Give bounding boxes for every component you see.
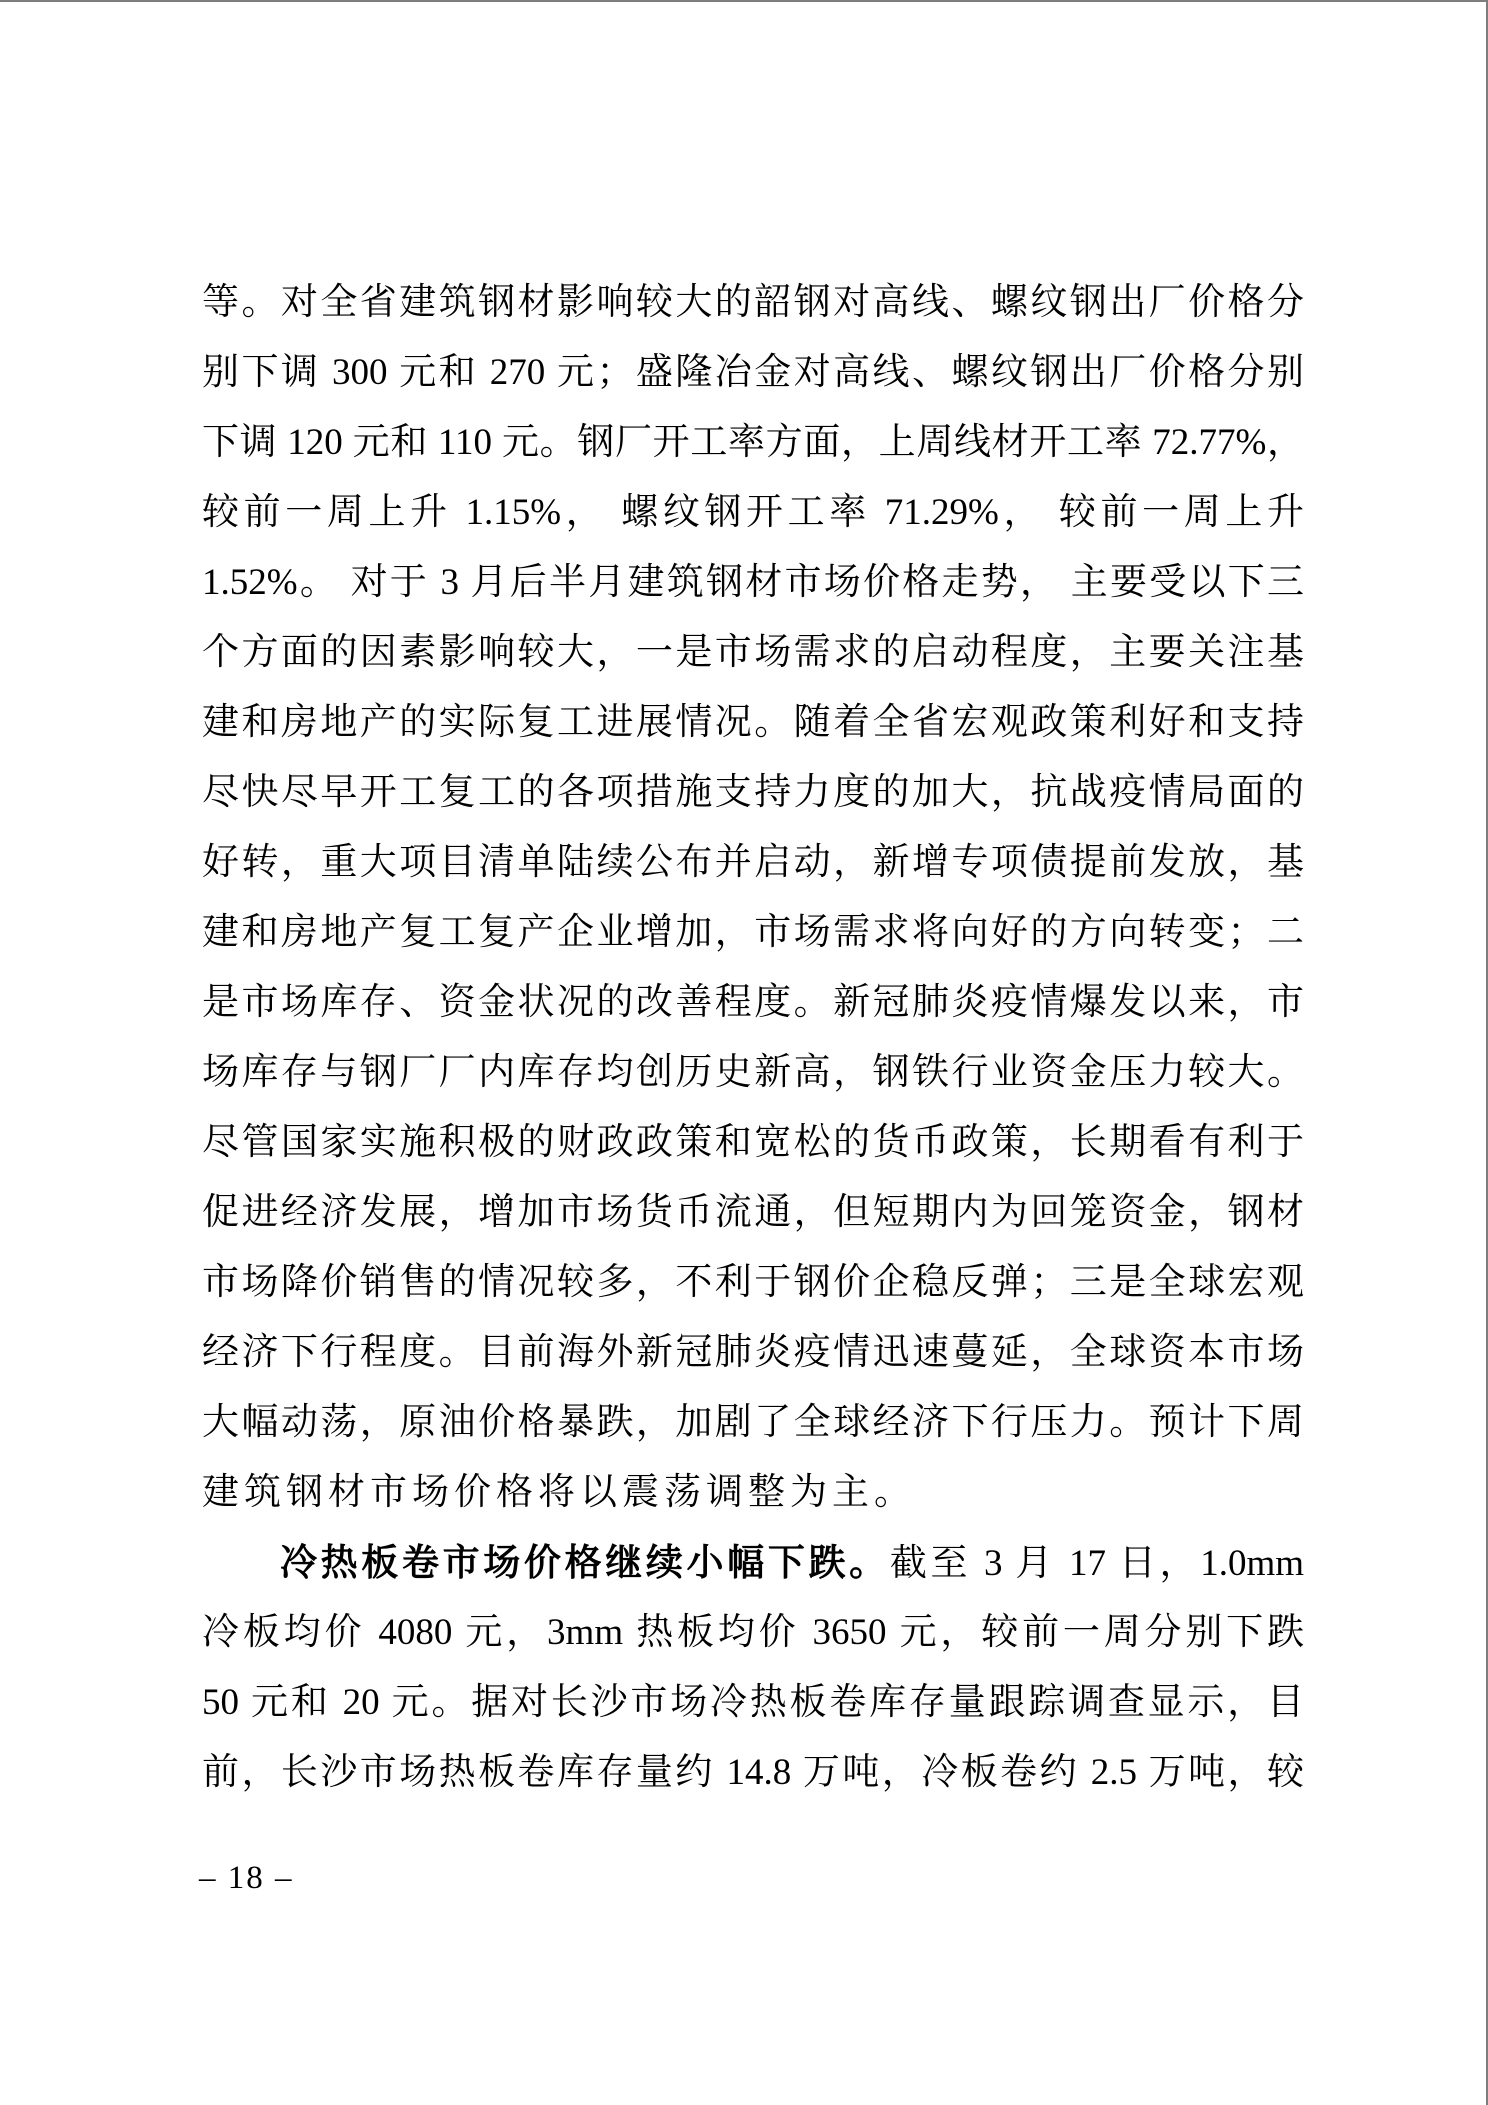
text-line: 冷热板卷市场价格继续小幅下跌。截至 3 月 17 日，1.0mm <box>202 1528 1304 1598</box>
text-line: 建和房地产复工复产企业增加，市场需求将向好的方向转变；二 <box>202 898 1304 968</box>
text-line: 50 元和 20 元。据对长沙市场冷热板卷库存量跟踪调查显示，目 <box>202 1668 1304 1738</box>
text-line: 冷板均价 4080 元，3mm 热板均价 3650 元，较前一周分别下跌 <box>202 1598 1304 1668</box>
text-line: 1.52%。 对于 3 月后半月建筑钢材市场价格走势， 主要受以下三 <box>202 548 1304 618</box>
text-line: 建筑钢材市场价格将以震荡调整为主。 <box>202 1458 1304 1528</box>
text-line: 好转，重大项目清单陆续公布并启动，新增专项债提前发放，基 <box>202 828 1304 898</box>
text-line: 经济下行程度。目前海外新冠肺炎疫情迅速蔓延，全球资本市场 <box>202 1318 1304 1388</box>
text-line: 场库存与钢厂厂内库存均创历史新高，钢铁行业资金压力较大。 <box>202 1038 1304 1108</box>
text-line: 市场降价销售的情况较多，不利于钢价企稳反弹；三是全球宏观 <box>202 1248 1304 1318</box>
text-line: 较前一周上升 1.15%， 螺纹钢开工率 71.29%， 较前一周上升 <box>202 478 1304 548</box>
text-line: 别下调 300 元和 270 元；盛隆冶金对高线、螺纹钢出厂价格分别 <box>202 338 1304 408</box>
text-line: 大幅动荡，原油价格暴跌，加剧了全球经济下行压力。预计下周 <box>202 1388 1304 1458</box>
body-text: 等。对全省建筑钢材影响较大的韶钢对高线、螺纹钢出厂价格分别下调 300 元和 2… <box>202 268 1304 1808</box>
text-line: 前，长沙市场热板卷库存量约 14.8 万吨，冷板卷约 2.5 万吨，较 <box>202 1738 1304 1808</box>
text-line: 个方面的因素影响较大，一是市场需求的启动程度，主要关注基 <box>202 618 1304 688</box>
text-line: 等。对全省建筑钢材影响较大的韶钢对高线、螺纹钢出厂价格分 <box>202 268 1304 338</box>
page-number: – 18 – <box>199 1858 294 1898</box>
text-line: 下调 120 元和 110 元。钢厂开工率方面，上周线材开工率 72.77%， <box>202 408 1304 478</box>
text-line: 是市场库存、资金状况的改善程度。新冠肺炎疫情爆发以来，市 <box>202 968 1304 1038</box>
text-line: 尽管国家实施积极的财政政策和宽松的货币政策，长期看有利于 <box>202 1108 1304 1178</box>
scan-edge-top <box>0 0 1488 2</box>
text-line: 促进经济发展，增加市场货币流通，但短期内为回笼资金，钢材 <box>202 1178 1304 1248</box>
text-line: 尽快尽早开工复工的各项措施支持力度的加大，抗战疫情局面的 <box>202 758 1304 828</box>
document-page: 等。对全省建筑钢材影响较大的韶钢对高线、螺纹钢出厂价格分别下调 300 元和 2… <box>0 0 1488 2105</box>
paragraph-lead-bold-text: 冷热板卷市场价格继续小幅下跌。 <box>280 1542 890 1583</box>
text-line: 建和房地产的实际复工进展情况。随着全省宏观政策利好和支持 <box>202 688 1304 758</box>
